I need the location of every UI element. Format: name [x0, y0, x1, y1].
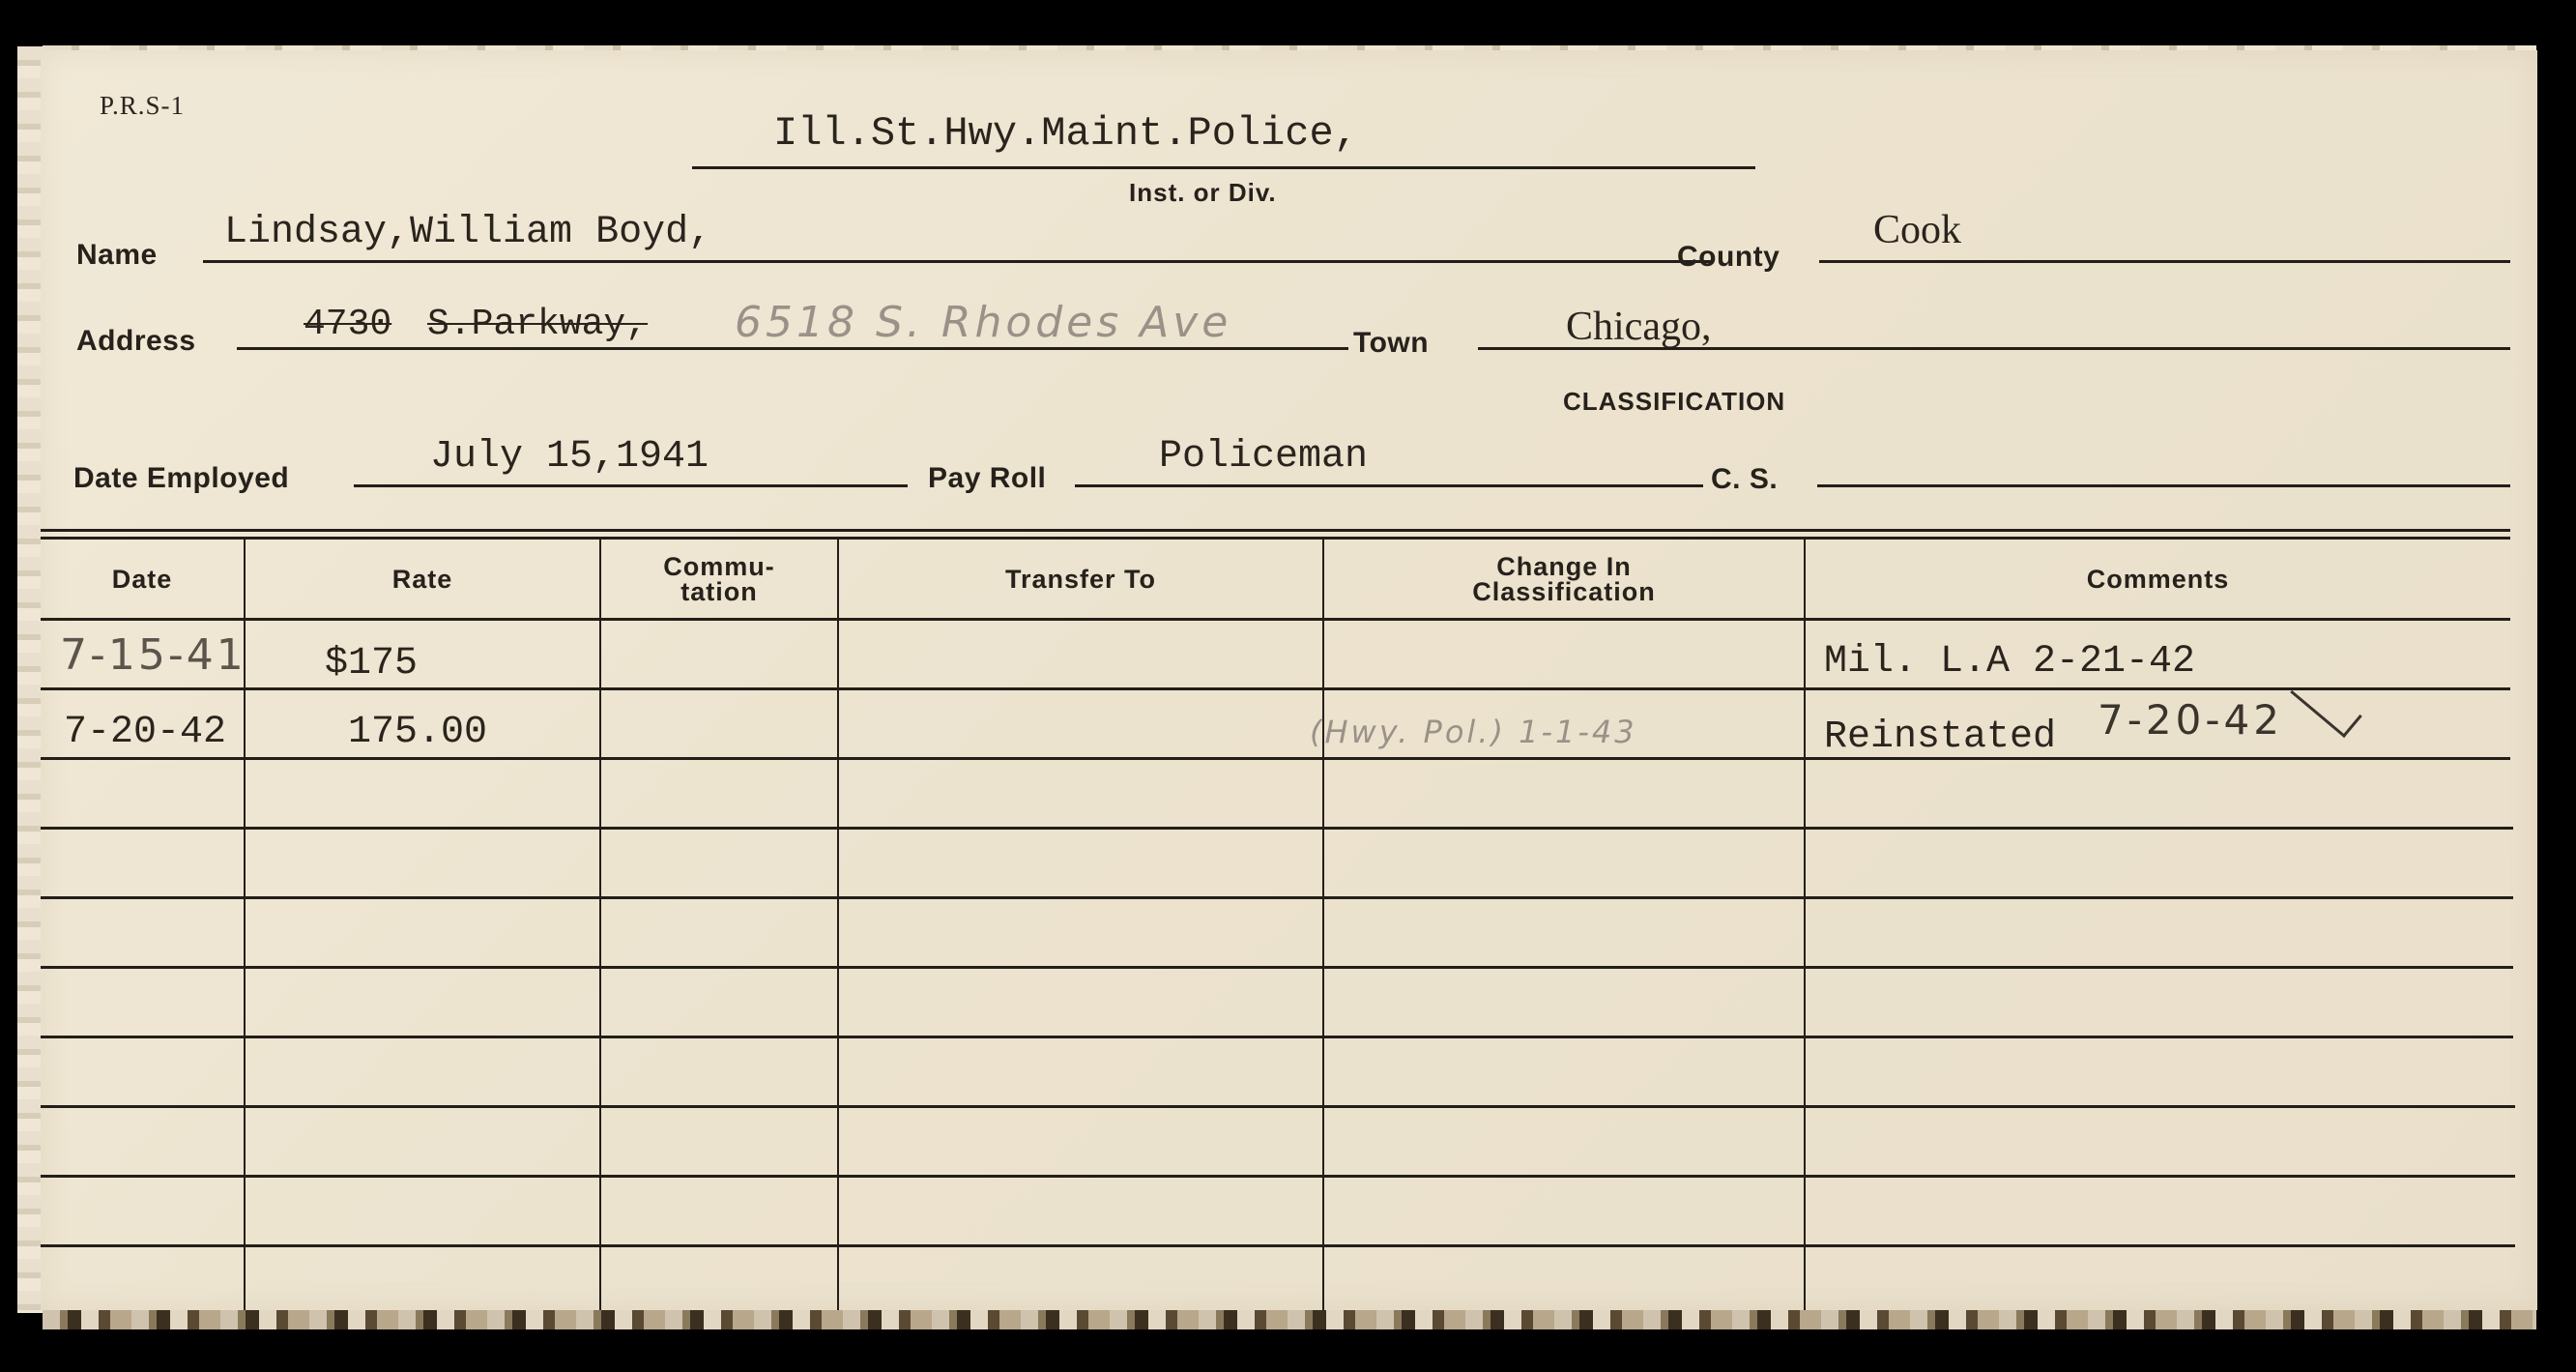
town-label: Town	[1353, 327, 1429, 360]
col-divider-change	[1804, 540, 1806, 1310]
col-divider-rate	[599, 540, 601, 1310]
row2-date: 7-20-42	[64, 711, 226, 754]
date-employed-label: Date Employed	[73, 462, 289, 495]
county-underline	[1819, 260, 2510, 263]
pay-roll-underline	[1075, 484, 1703, 487]
row2-change-in-classification: (Hwy. Pol.) 1-1-43	[1310, 714, 1637, 750]
row-rule-5	[41, 966, 2513, 969]
cs-label: C. S.	[1711, 463, 1778, 496]
row-rule-2	[41, 757, 2510, 760]
column-header-transfer-to: Transfer To	[839, 540, 1322, 618]
town-underline	[1478, 347, 2510, 350]
row1-rate: $175	[325, 642, 418, 686]
personnel-record-card: P.R.S-1 Ill.St.Hwy.Maint.Police, Inst. o…	[41, 50, 2537, 1310]
checkmark-icon	[2290, 671, 2362, 738]
row2-rate: 175.00	[348, 711, 487, 754]
column-header-rate-label: Rate	[392, 567, 453, 592]
row-rule-8	[41, 1175, 2515, 1178]
row-rule-4	[41, 896, 2513, 899]
institution-caption: Inst. or Div.	[1129, 178, 1277, 208]
column-header-date: Date	[41, 540, 244, 618]
header-bottom-rule	[41, 618, 2510, 621]
row-rule-6	[41, 1036, 2513, 1038]
row-rule-9	[41, 1244, 2515, 1247]
name-value: Lindsay,William Boyd,	[224, 211, 711, 254]
pay-roll-value: Policeman	[1159, 435, 1368, 479]
column-header-commutation-line1: Commu-	[663, 554, 775, 579]
column-header-change-line2: Classification	[1472, 579, 1656, 604]
column-header-date-label: Date	[112, 567, 173, 592]
address-handwritten: 6518 S. Rhodes Ave	[735, 298, 1231, 347]
col-divider-transfer	[1322, 540, 1324, 1310]
institution-value: Ill.St.Hwy.Maint.Police,	[773, 110, 1358, 157]
column-header-change-line1: Change In	[1496, 554, 1632, 579]
name-underline	[203, 260, 1711, 263]
row2-comments-handwritten: 7-20-42	[2098, 696, 2283, 744]
column-header-rate: Rate	[246, 540, 599, 618]
row-rule-7	[41, 1105, 2515, 1108]
column-header-transfer-to-label: Transfer To	[1005, 567, 1156, 592]
address-underline	[237, 347, 1348, 350]
cs-underline	[1817, 484, 2510, 487]
row2-comments-typed: Reinstated	[1824, 715, 2056, 759]
address-typed-street: S.Parkway,	[427, 304, 648, 345]
column-header-comments: Comments	[1806, 540, 2510, 618]
column-header-comments-label: Comments	[2087, 567, 2230, 592]
date-employed-underline	[354, 484, 908, 487]
town-value: Chicago,	[1566, 304, 1711, 350]
column-header-commutation: Commu- tation	[601, 540, 837, 618]
classification-heading: CLASSIFICATION	[1563, 387, 1785, 417]
scan-edge-bottom	[43, 1310, 2536, 1329]
row1-comments: Mil. L.A 2-21-42	[1824, 640, 2195, 684]
column-header-change-in-classification: Change In Classification	[1324, 540, 1804, 618]
date-employed-value: July 15,1941	[430, 435, 709, 479]
pay-roll-label: Pay Roll	[928, 462, 1046, 495]
row1-date: 7-15-41	[60, 630, 246, 680]
table-top-rule-1	[41, 529, 2510, 532]
column-header-commutation-line2: tation	[680, 579, 758, 604]
address-label: Address	[76, 325, 196, 358]
scan-edge-left	[17, 46, 43, 1313]
county-label: County	[1677, 241, 1780, 274]
row-rule-3	[41, 827, 2513, 830]
col-divider-commutation	[837, 540, 839, 1310]
row-rule-1	[41, 687, 2510, 690]
institution-underline	[692, 166, 1755, 169]
name-label: Name	[76, 239, 158, 272]
form-number: P.R.S-1	[100, 91, 185, 121]
county-value: Cook	[1873, 207, 1961, 253]
address-struck-number: 4730	[304, 304, 391, 345]
